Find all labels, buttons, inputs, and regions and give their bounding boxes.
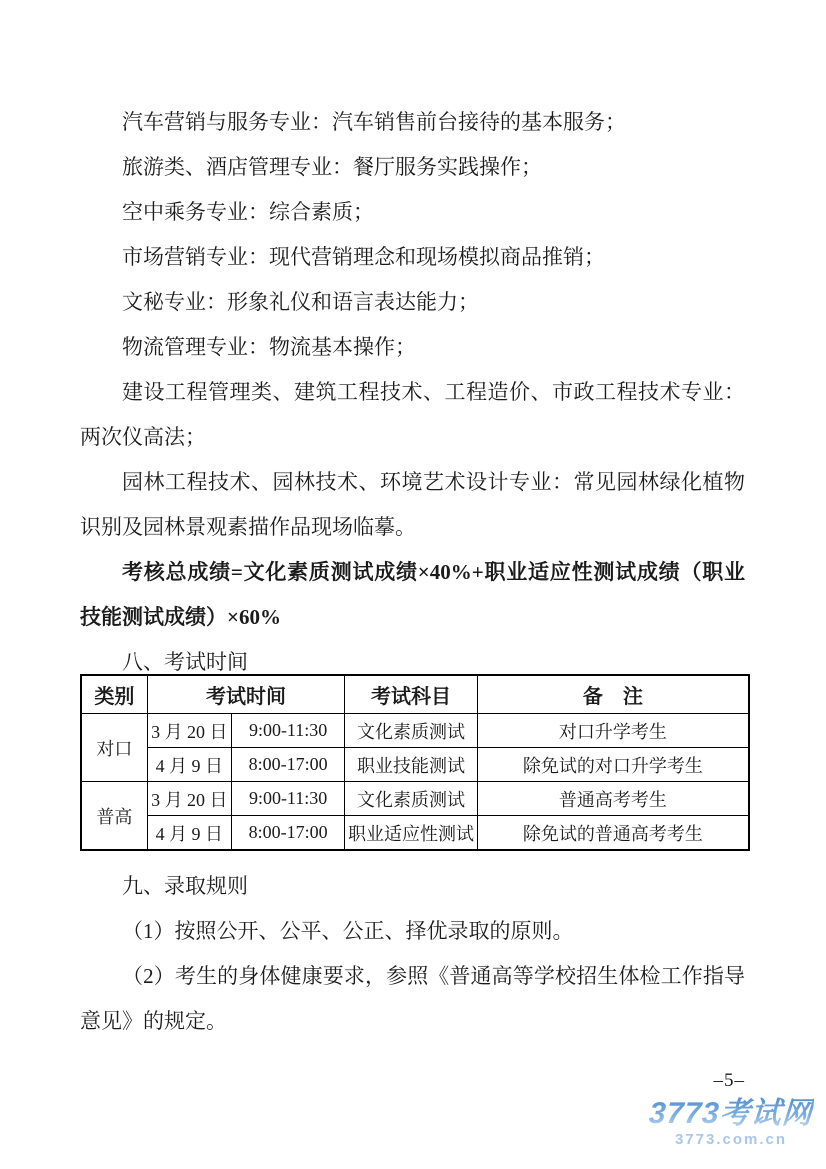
cell-subject: 文化素质测试 xyxy=(345,714,477,748)
table-row: 对口 3 月 20 日 9:00-11:30 文化素质测试 对口升学考生 xyxy=(81,714,749,748)
paragraph-major-cabin-crew: 空中乘务专业：综合素质； xyxy=(80,190,745,235)
category-duikou: 对口 xyxy=(81,714,147,782)
cell-time: 9:00-11:30 xyxy=(231,782,344,816)
cell-date: 3 月 20 日 xyxy=(147,782,231,816)
cell-note: 对口升学考生 xyxy=(477,714,749,748)
paragraph-major-marketing: 市场营销专业：现代营销理念和现场模拟商品推销； xyxy=(80,235,745,280)
table-row: 4 月 9 日 8:00-17:00 职业技能测试 除免试的对口升学考生 xyxy=(81,748,749,782)
header-subject: 考试科目 xyxy=(345,675,477,714)
exam-schedule-table: 类别 考试时间 考试科目 备 注 对口 3 月 20 日 9:00-11:30 … xyxy=(80,674,750,851)
paragraph-major-tourism: 旅游类、酒店管理专业：餐厅服务实践操作； xyxy=(80,145,745,190)
paragraph-major-construction: 建设工程管理类、建筑工程技术、工程造价、市政工程技术专业：两次仪高法； xyxy=(80,370,745,460)
header-note: 备 注 xyxy=(477,675,749,714)
watermark: 3773考试网 3773.com.cn xyxy=(641,1097,821,1148)
cell-note: 除免试的普通高考考生 xyxy=(477,816,749,851)
table-row: 4 月 9 日 8:00-17:00 职业适应性测试 除免试的普通高考考生 xyxy=(81,816,749,851)
rule-1: （1）按照公开、公平、公正、择优录取的原则。 xyxy=(80,909,745,954)
cell-time: 8:00-17:00 xyxy=(231,816,344,851)
cell-note: 除免试的对口升学考生 xyxy=(477,748,749,782)
paragraph-major-auto: 汽车营销与服务专业：汽车销售前台接待的基本服务； xyxy=(80,100,745,145)
cell-subject: 职业适应性测试 xyxy=(345,816,477,851)
cell-date: 4 月 9 日 xyxy=(147,748,231,782)
document-page: 汽车营销与服务专业：汽车销售前台接待的基本服务； 旅游类、酒店管理专业：餐厅服务… xyxy=(0,0,826,1169)
cell-subject: 职业技能测试 xyxy=(345,748,477,782)
cell-date: 4 月 9 日 xyxy=(147,816,231,851)
paragraph-major-secretary: 文秘专业：形象礼仪和语言表达能力； xyxy=(80,280,745,325)
score-formula: 考核总成绩=文化素质测试成绩×40%+职业适应性测试成绩（职业技能测试成绩）×6… xyxy=(80,550,745,640)
cell-subject: 文化素质测试 xyxy=(345,782,477,816)
watermark-logo-text: 3773考试网 xyxy=(648,1097,814,1131)
document-body: 汽车营销与服务专业：汽车销售前台接待的基本服务； 旅游类、酒店管理专业：餐厅服务… xyxy=(80,100,745,1044)
category-pugao: 普高 xyxy=(81,782,147,851)
cell-time: 8:00-17:00 xyxy=(231,748,344,782)
page-number: –5– xyxy=(714,1070,746,1092)
table-row: 普高 3 月 20 日 9:00-11:30 文化素质测试 普通高考考生 xyxy=(81,782,749,816)
watermark-domain-text: 3773.com.cn xyxy=(675,1131,787,1148)
section-title-admission-rules: 九、录取规则 xyxy=(80,864,745,909)
admission-rules-section: 九、录取规则 （1）按照公开、公平、公正、择优录取的原则。 （2）考生的身体健康… xyxy=(80,864,745,1044)
rule-2: （2）考生的身体健康要求，参照《普通高等学校招生体检工作指导意见》的规定。 xyxy=(80,954,745,1044)
paragraph-major-logistics: 物流管理专业：物流基本操作； xyxy=(80,325,745,370)
cell-time: 9:00-11:30 xyxy=(231,714,344,748)
paragraph-major-landscape: 园林工程技术、园林技术、环境艺术设计专业：常见园林绿化植物识别及园林景观素描作品… xyxy=(80,460,745,550)
cell-note: 普通高考考生 xyxy=(477,782,749,816)
cell-date: 3 月 20 日 xyxy=(147,714,231,748)
